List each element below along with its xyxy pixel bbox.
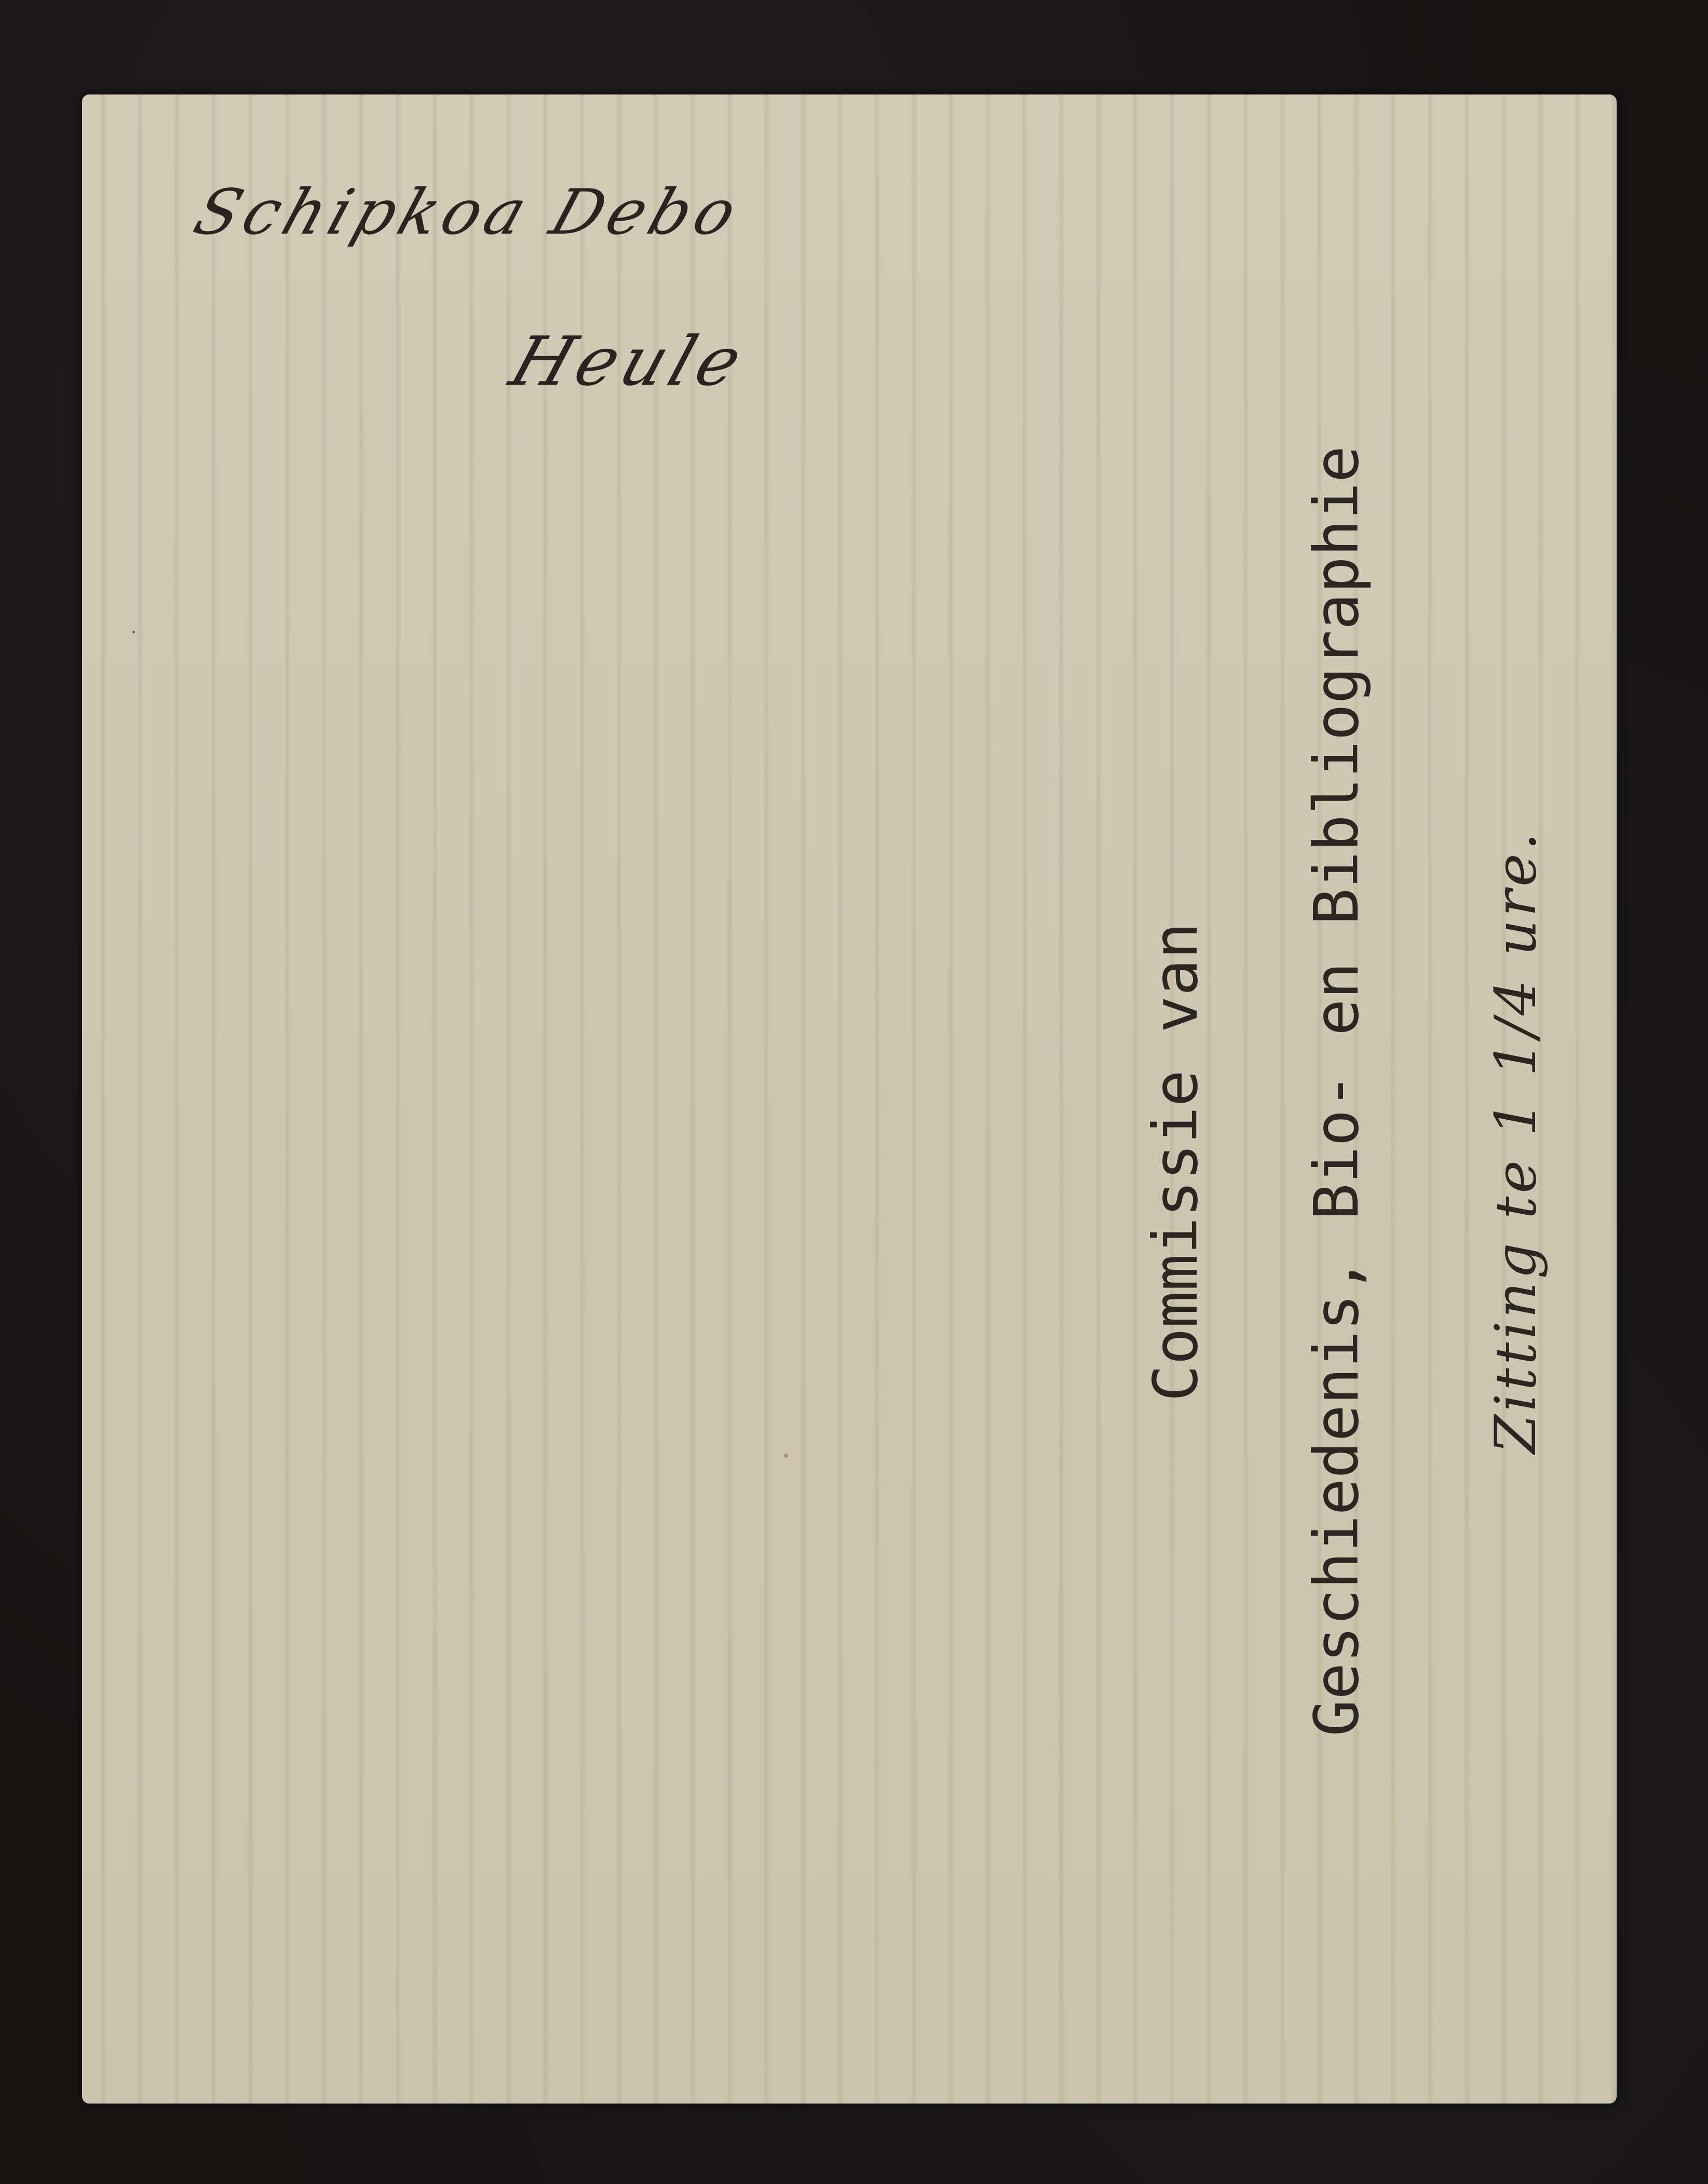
printed-session-time: Zitting te 1 1/4 ure.	[1484, 830, 1549, 1454]
archival-card	[82, 94, 1617, 2104]
paper-stain	[784, 1454, 788, 1458]
handwritten-line-1: Schipkoa Debo	[185, 177, 750, 249]
handwritten-line-2: Heule	[501, 322, 756, 401]
paper-speck	[132, 631, 135, 633]
printed-heading-line-1: Commissie van	[1140, 922, 1211, 1402]
printed-heading-line-2: Geschiedenis, Bio- en Bibliographie	[1300, 446, 1372, 1737]
